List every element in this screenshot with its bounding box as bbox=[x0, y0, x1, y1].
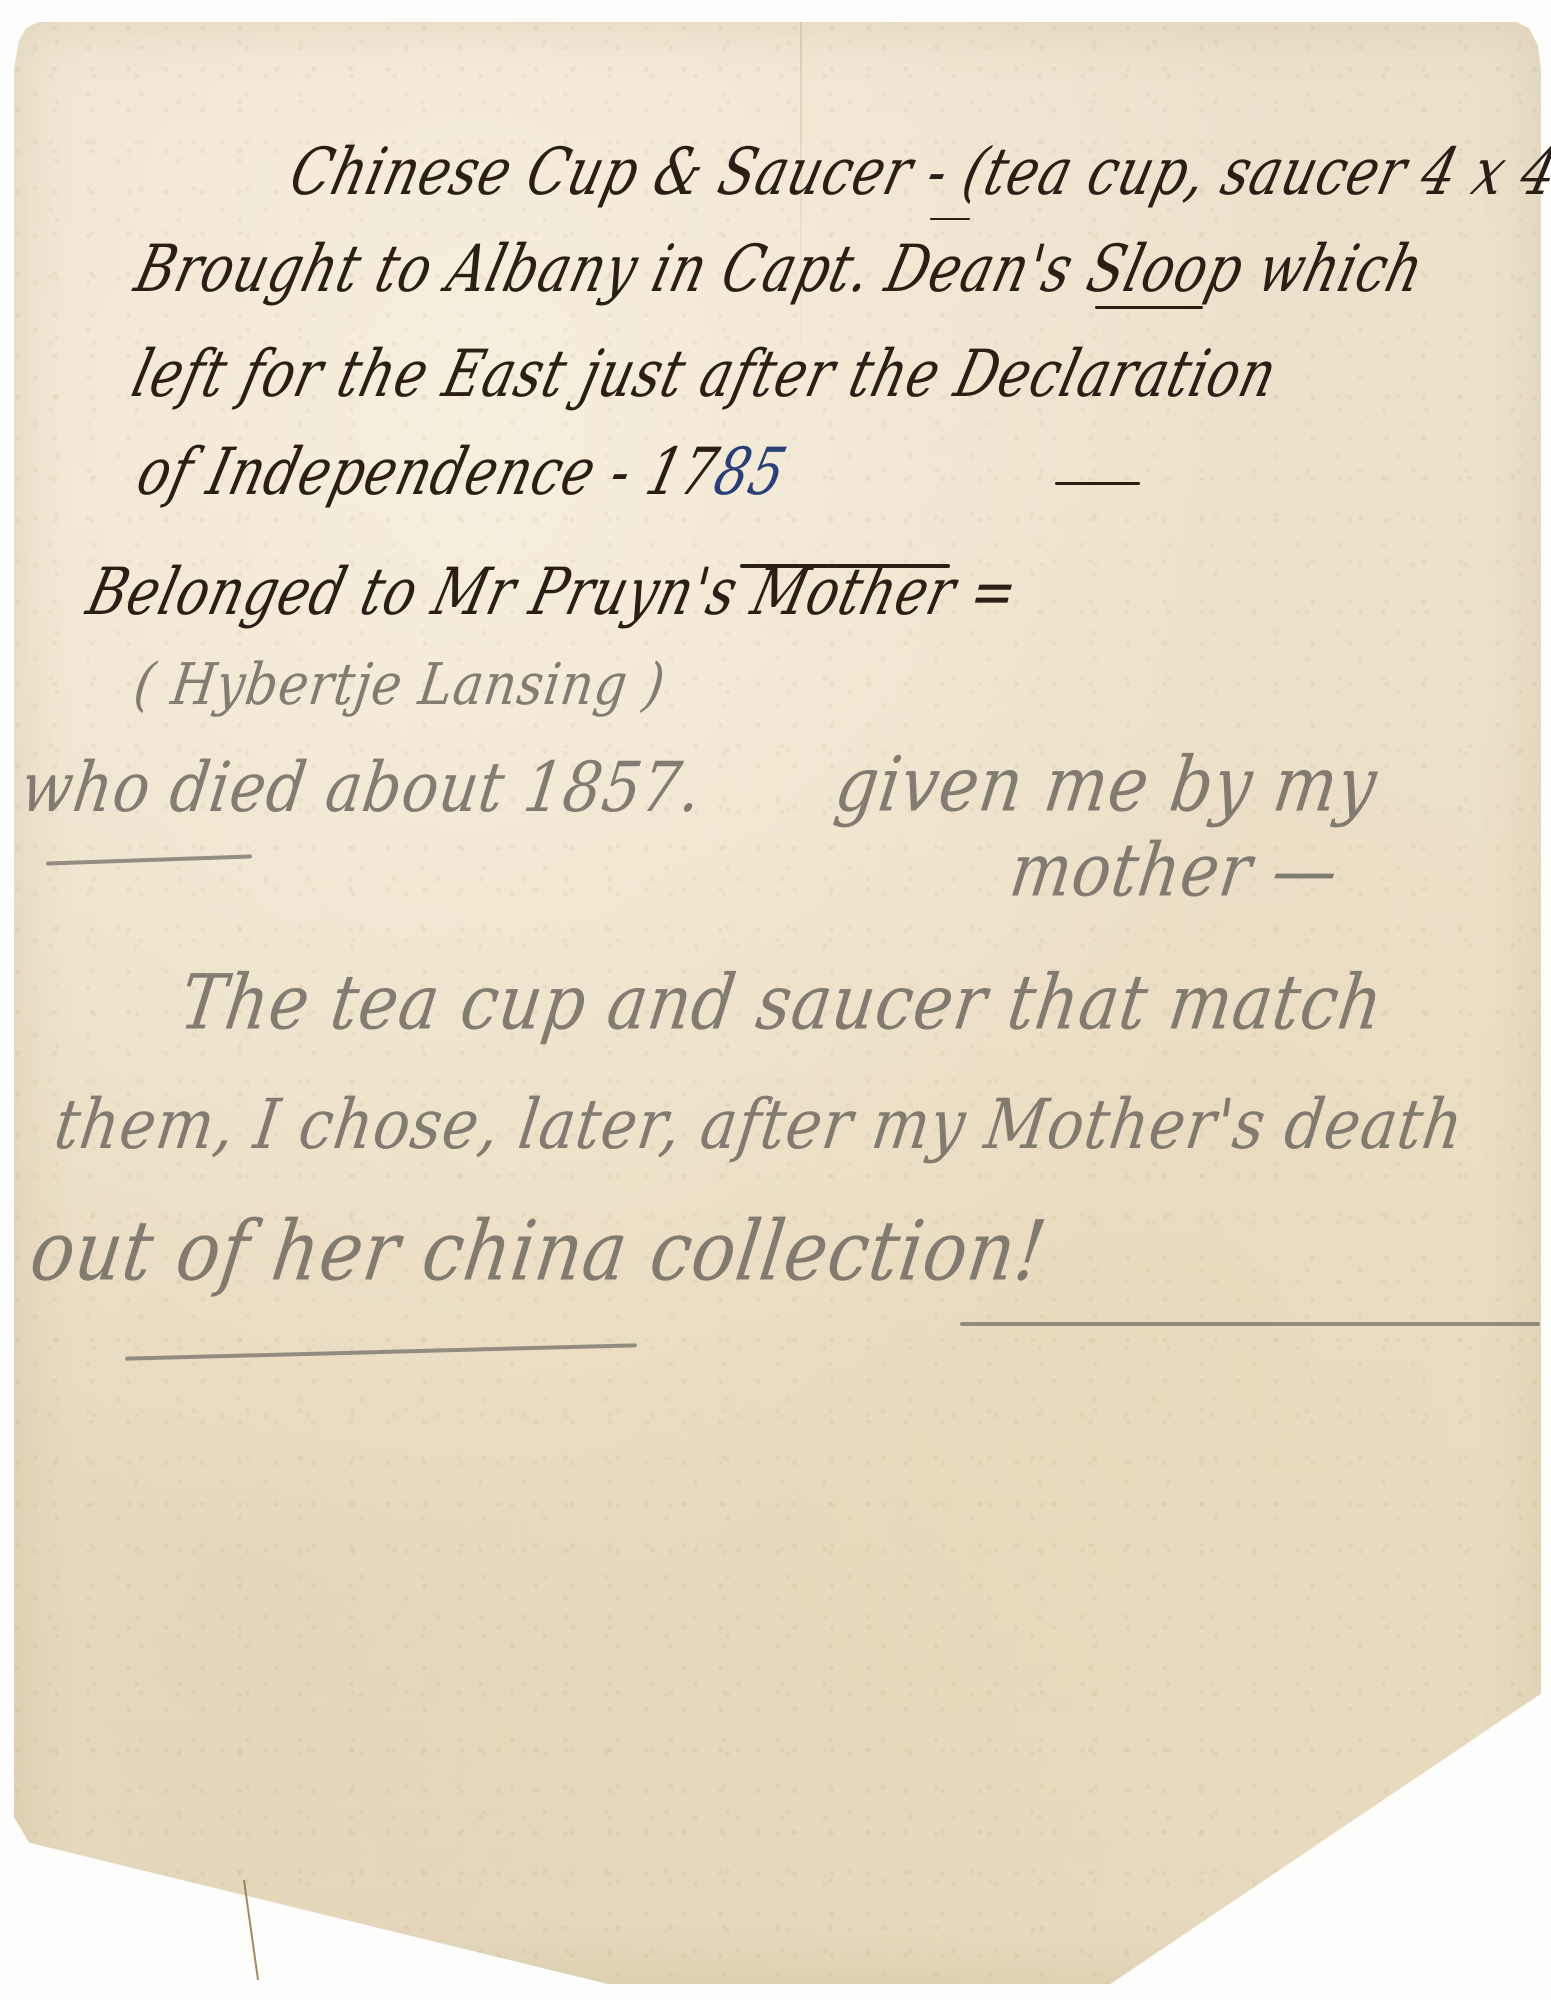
pencil-line-mother: mother — bbox=[1005, 829, 1344, 914]
pencil-line-china-collection: out of her china collection! bbox=[25, 1202, 1052, 1299]
ink-line-left-for-east: left for the East just after the Declara… bbox=[125, 337, 1285, 412]
ink-line-belonged-to: Belonged to Mr Pruyn's Mother = bbox=[80, 555, 1026, 630]
ink-line-independence: of Independence - 1785 bbox=[130, 435, 794, 510]
pencil-line-died-about: who died about 1857. bbox=[16, 748, 707, 829]
ink-line-title: Chinese Cup & Saucer - (tea cup, saucer … bbox=[283, 135, 1551, 210]
sloop-underline bbox=[1095, 306, 1203, 309]
pencil-line-hybertje-lansing: ( Hybertje Lansing ) bbox=[130, 651, 670, 718]
collection-underline bbox=[960, 1322, 1540, 1326]
date-dash bbox=[1055, 482, 1140, 485]
tea-underline bbox=[930, 218, 970, 220]
independence-text: of Independence - bbox=[130, 435, 658, 510]
ink-line-brought-to-albany: Brought to Albany in Capt. Dean's Sloop … bbox=[128, 232, 1431, 307]
pencil-line-given-me: given me by my bbox=[830, 740, 1383, 829]
pencil-line-tea-cup-match: The tea cup and saucer that match bbox=[175, 958, 1389, 1047]
scan-background: Chinese Cup & Saucer - (tea cup, saucer … bbox=[0, 0, 1551, 2000]
pencil-line-chose-later: them, I chose, later, after my Mother's … bbox=[50, 1085, 1469, 1166]
